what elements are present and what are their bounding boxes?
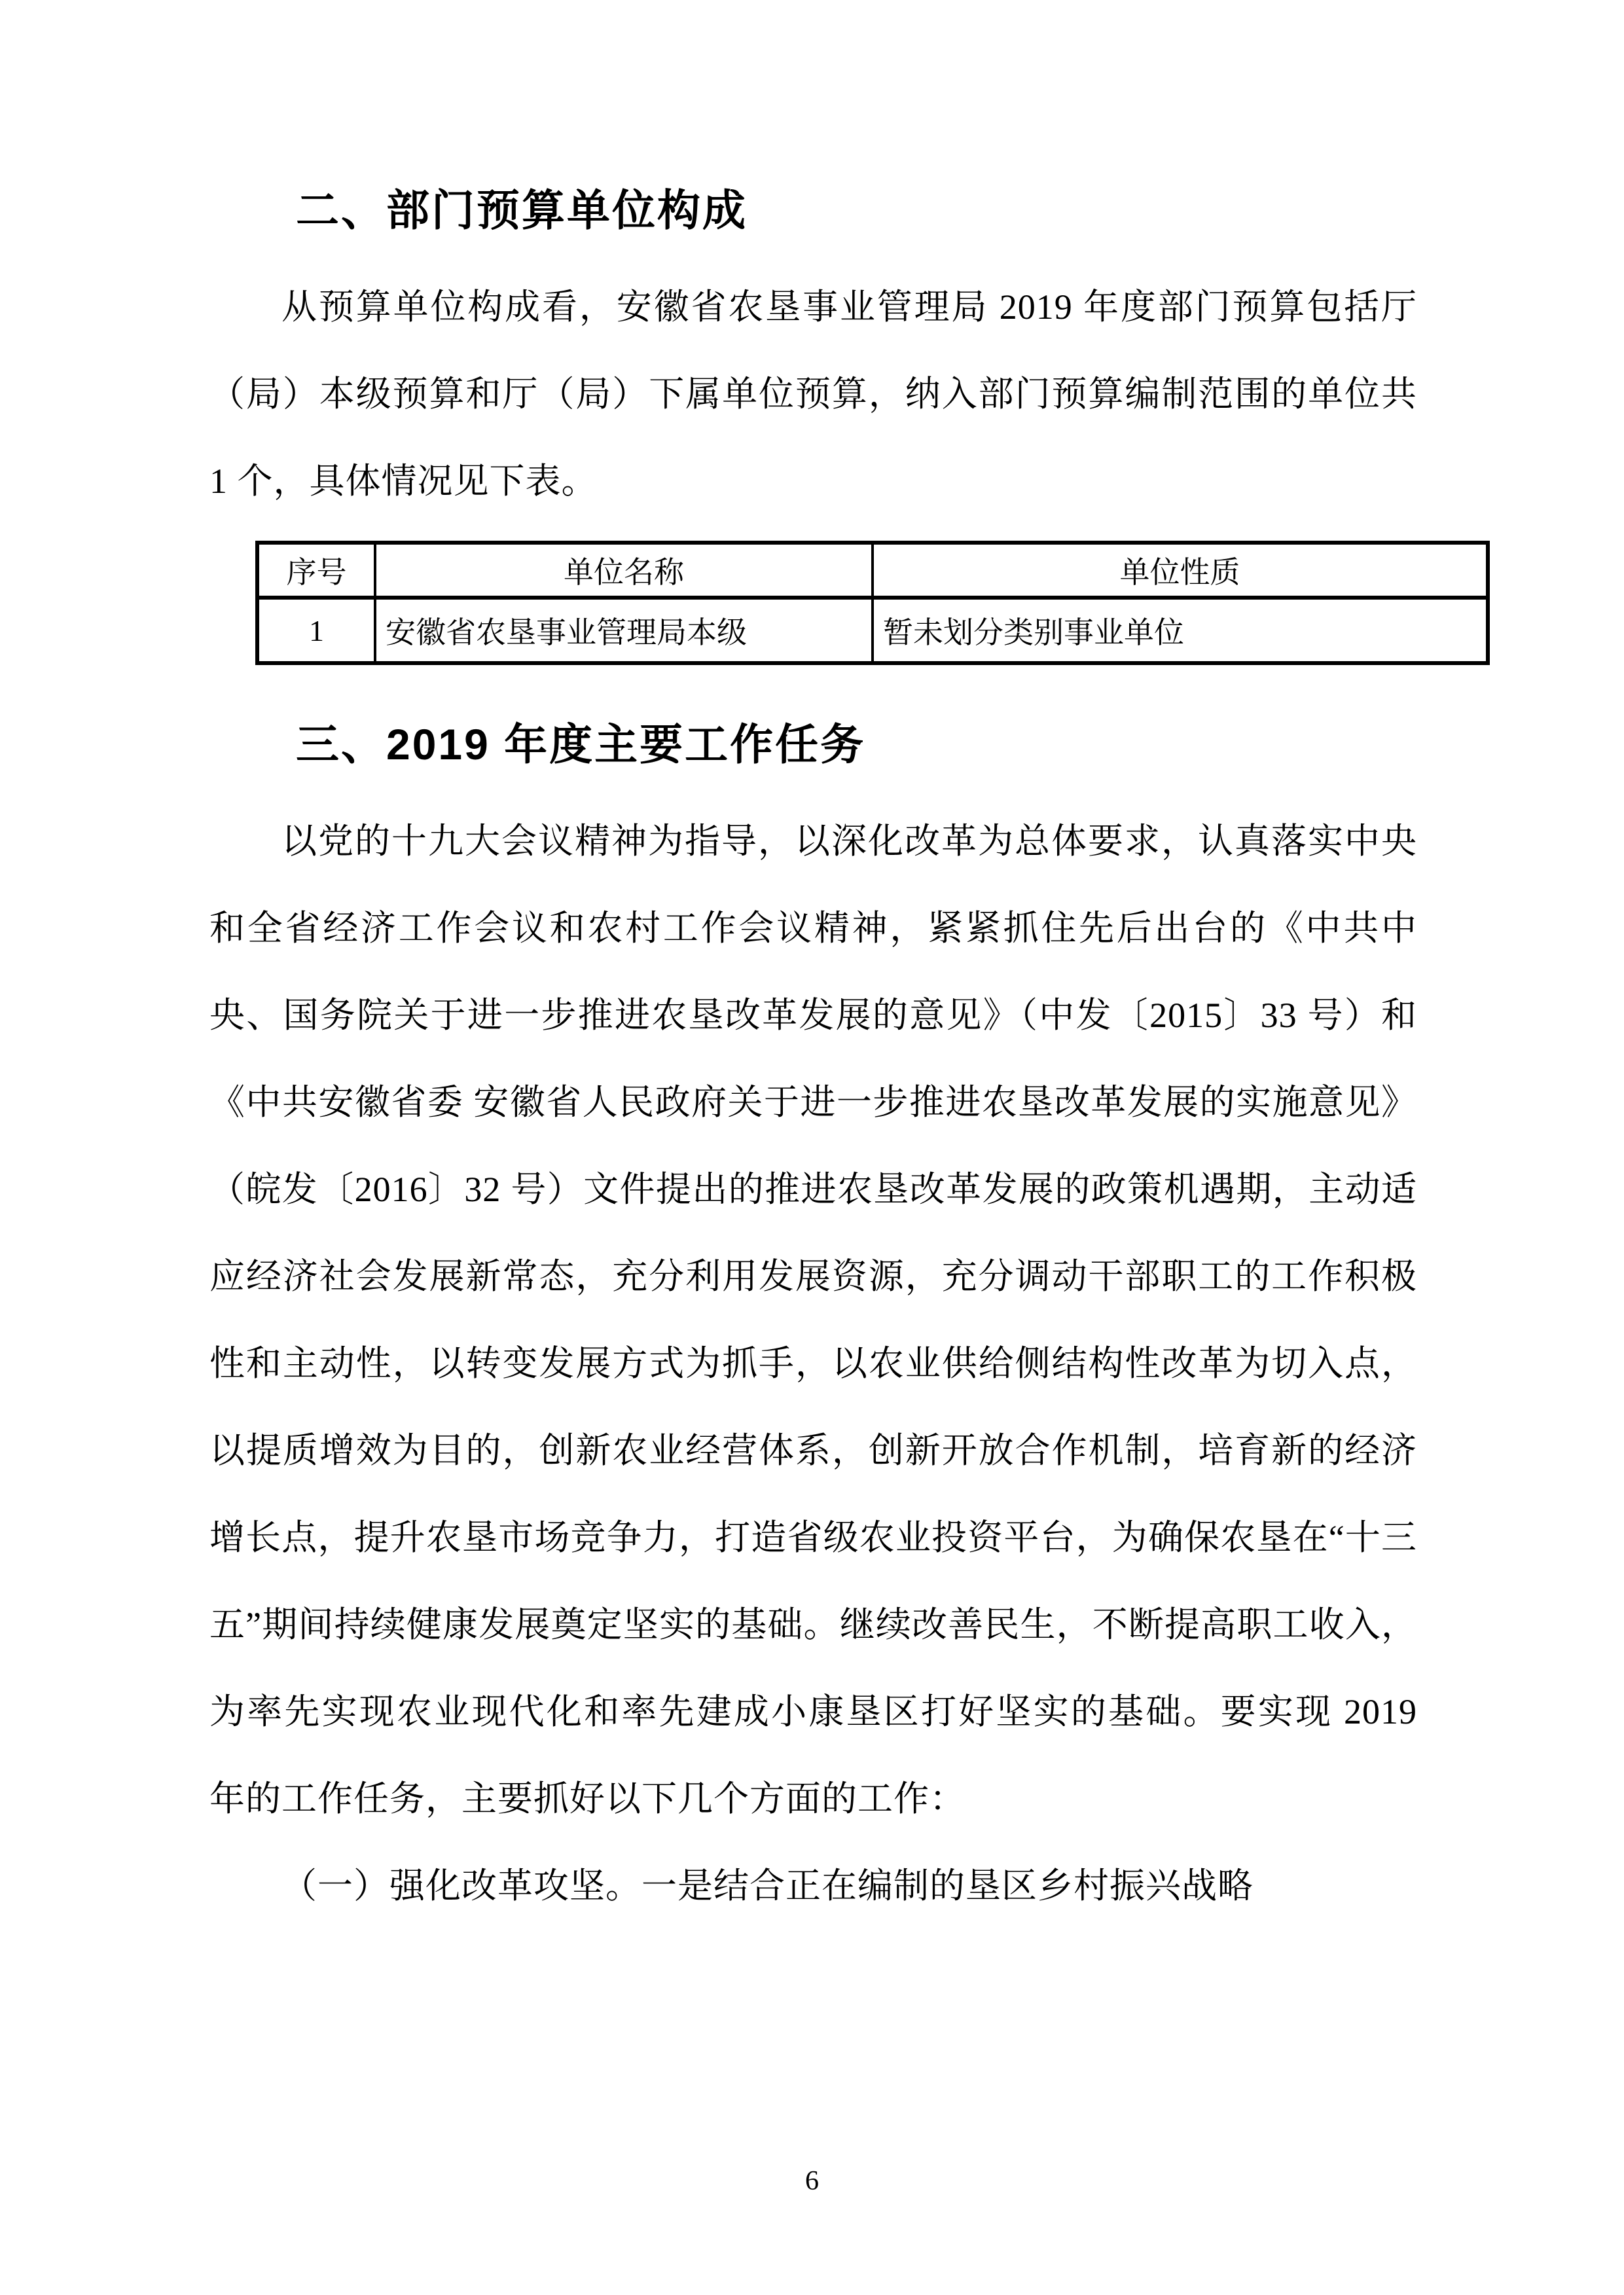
table-header-unit-type: 单位性质 <box>873 543 1488 598</box>
budget-units-table: 序号 单位名称 单位性质 1 安徽省农垦事业管理局本级 暂未划分类别事业单位 <box>255 541 1490 665</box>
table-cell-index: 1 <box>257 598 375 663</box>
table-row: 1 安徽省农垦事业管理局本级 暂未划分类别事业单位 <box>257 598 1488 663</box>
table-header-row: 序号 单位名称 单位性质 <box>257 543 1488 598</box>
section-3-heading: 三、2019 年度主要工作任务 <box>209 719 1417 770</box>
section-3-paragraph-2: （一）强化改革攻坚。一是结合正在编制的垦区乡村振兴战略 <box>209 1843 1417 1930</box>
table-cell-unit-type: 暂未划分类别事业单位 <box>873 598 1488 663</box>
table-header-index: 序号 <box>257 543 375 598</box>
page-number: 6 <box>805 2165 819 2197</box>
section-2-paragraph: 从预算单位构成看，安徽省农垦事业管理局 2019 年度部门预算包括厅（局）本级预… <box>209 264 1417 525</box>
table-cell-unit-name: 安徽省农垦事业管理局本级 <box>375 598 873 663</box>
section-2-heading: 二、部门预算单位构成 <box>209 185 1417 236</box>
document-page: 二、部门预算单位构成 从预算单位构成看，安徽省农垦事业管理局 2019 年度部门… <box>0 0 1624 2295</box>
table-header-unit-name: 单位名称 <box>375 543 873 598</box>
section-3-paragraph-1: 以党的十九大会议精神为指导，以深化改革为总体要求，认真落实中央和全省经济工作会议… <box>209 798 1417 1843</box>
